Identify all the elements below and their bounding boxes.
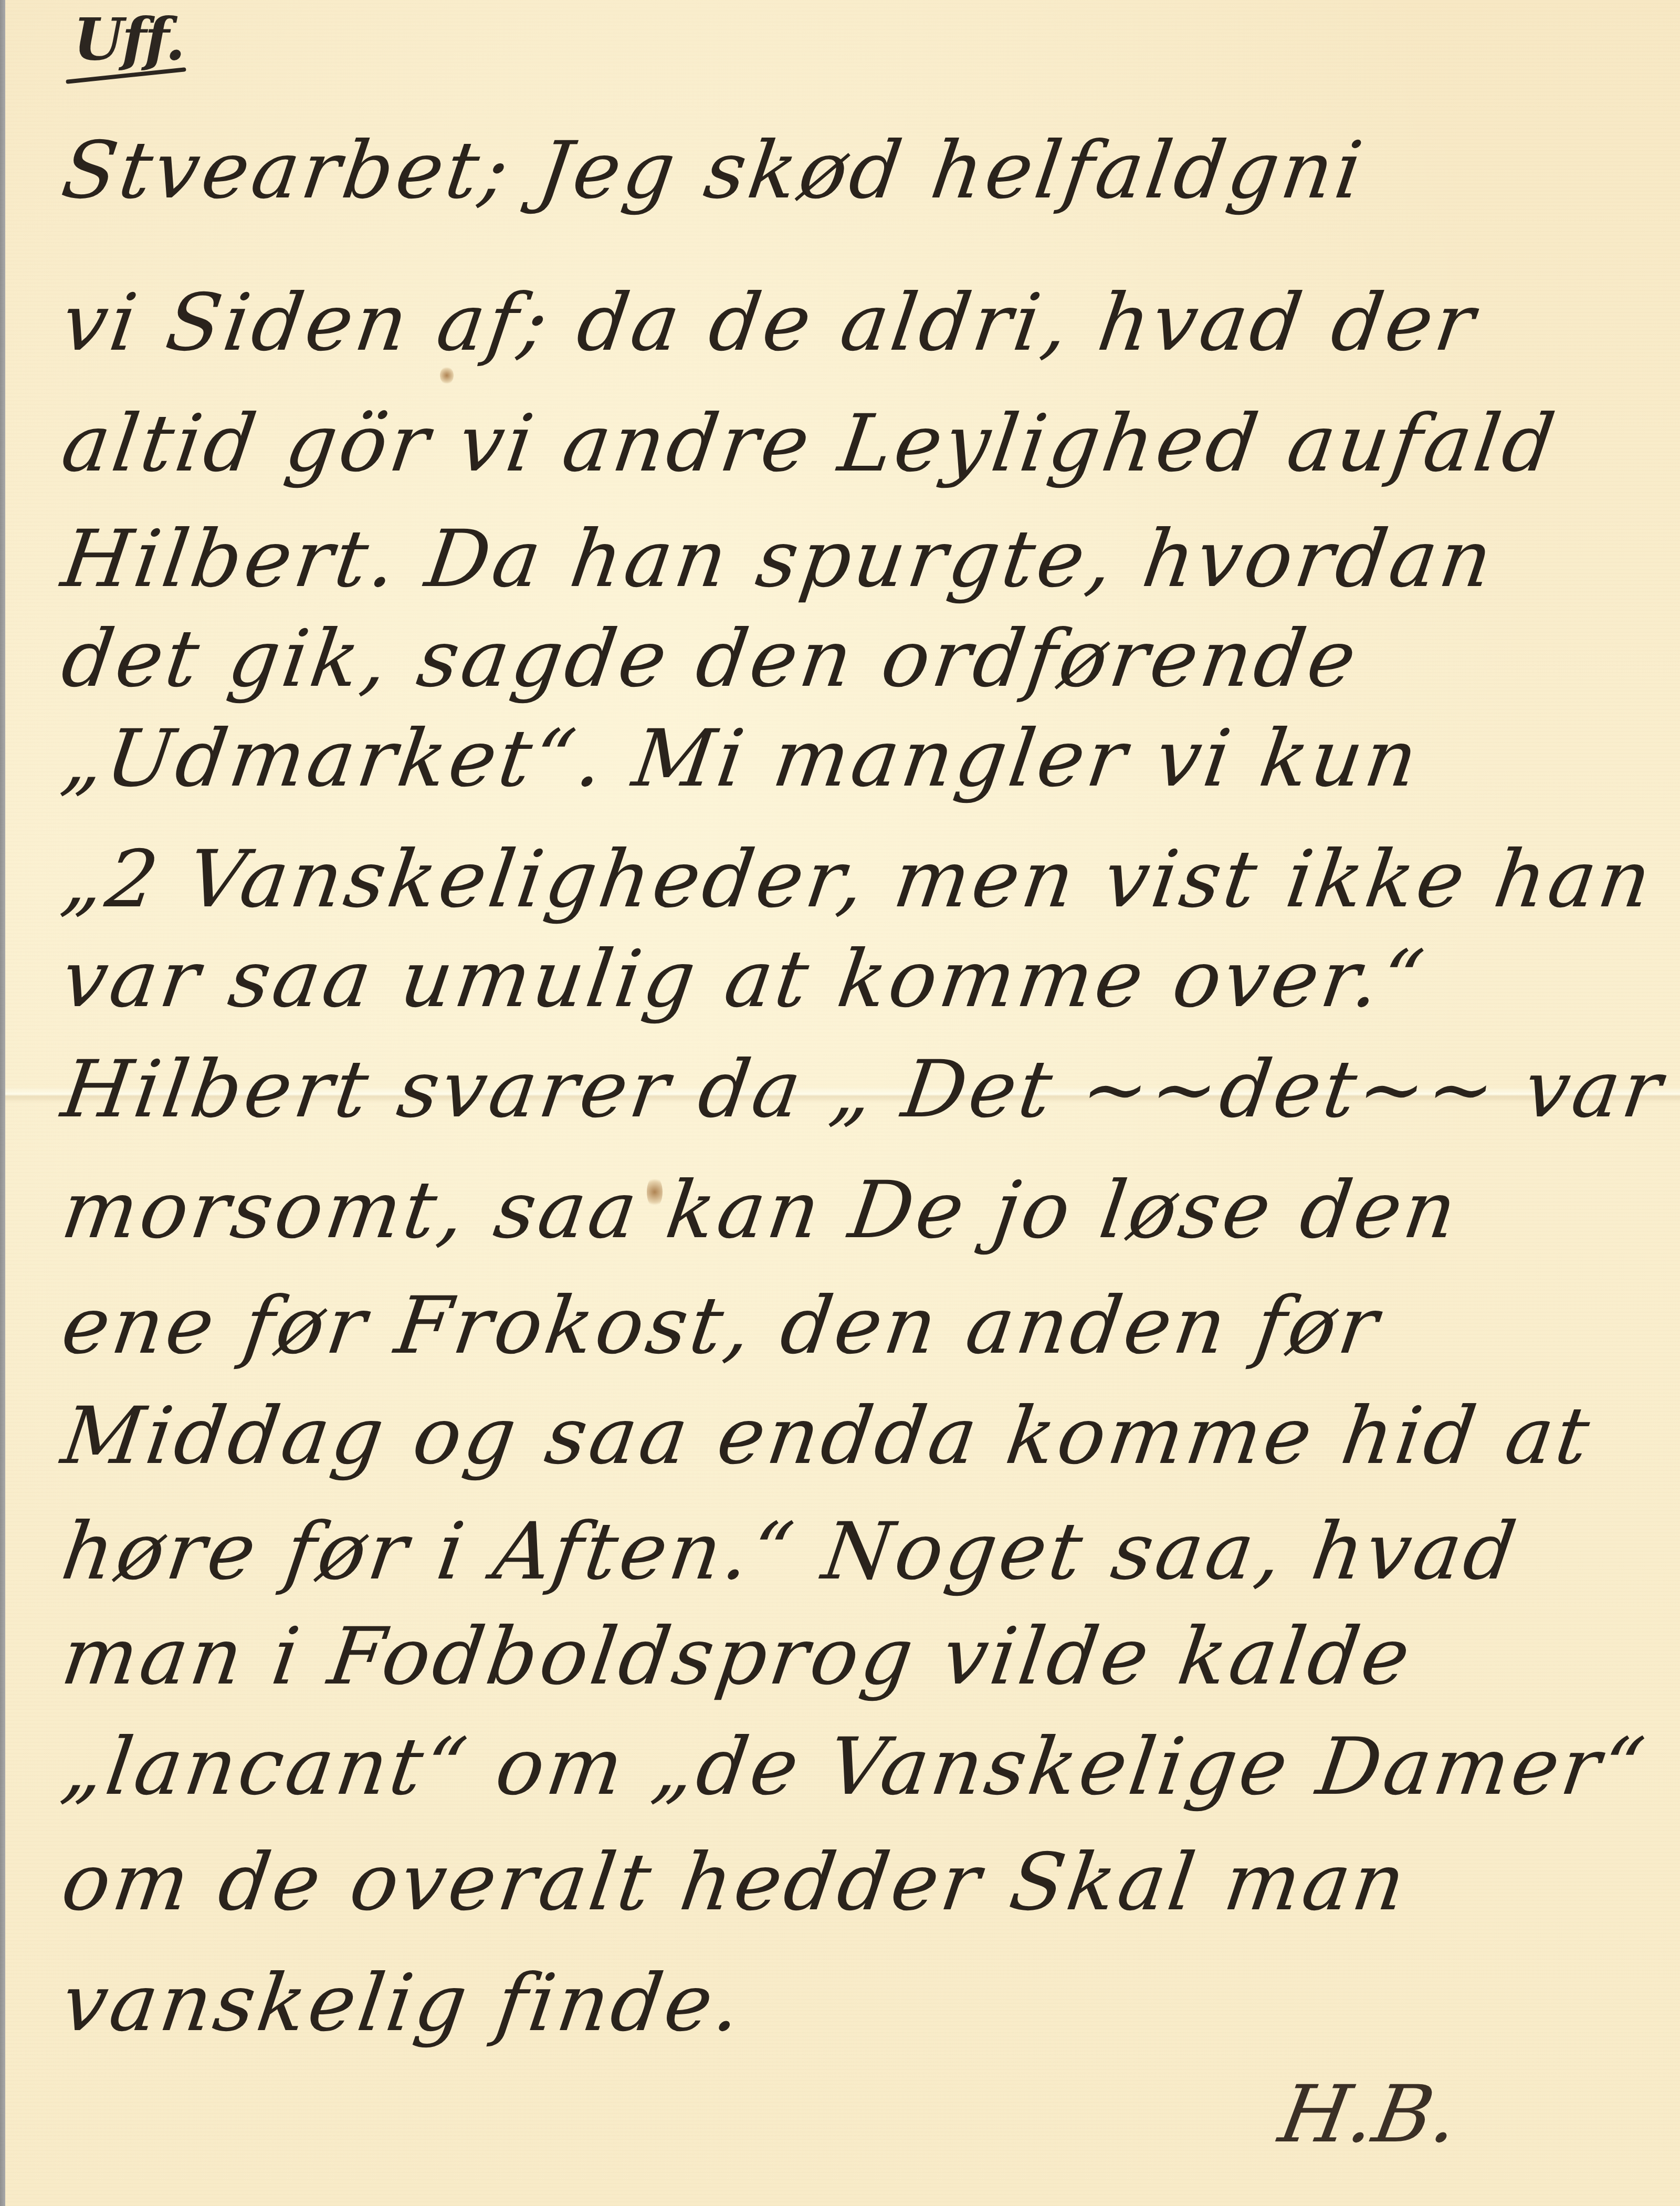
handwritten-line: Middag og saa endda komme hid at (57, 1397, 1633, 1476)
handwritten-line: Hilbert svarer da „ Det ~~det~~ var da (57, 1050, 1633, 1129)
handwritten-line: man i Fodboldsprog vilde kalde (57, 1617, 1633, 1696)
handwritten-line: morsomt, saa kan De jo løse den (57, 1171, 1633, 1250)
signature-initials: H.B. (1273, 2069, 1466, 2160)
handwritten-line: „lancant“ om „de Vanskelige Damer“ (57, 1728, 1633, 1806)
handwritten-line: vi Siden af; da de aldri, hvad der (57, 284, 1633, 362)
handwritten-line: var saa umulig at komme over.“ (57, 940, 1633, 1019)
handwritten-line: Stvearbet; Jeg skød helfaldgni (57, 131, 1633, 210)
handwritten-line: høre før i Aften.“ Noget saa, hvad (57, 1512, 1633, 1591)
handwritten-line: om de overalt hedder Skal man (57, 1843, 1633, 1922)
handwritten-line: vanskelig finde. (57, 1964, 1633, 2043)
handwritten-line: ene før Frokost, den anden før (57, 1287, 1633, 1365)
handwritten-line: altid gör vi andre Leylighed aufald (57, 404, 1633, 483)
handwritten-line: Hilbert. Da han spurgte, hvordan (57, 520, 1633, 599)
handwritten-line: „2 Vanskeligheder, men vist ikke han (57, 840, 1633, 919)
letter-body: Stvearbet; Jeg skød helfaldgni vi Siden … (0, 0, 1680, 2206)
handwritten-line: „Udmarket“. Mi mangler vi kun (57, 719, 1633, 798)
handwritten-line: det gik, sagde den ordførende (57, 620, 1633, 698)
